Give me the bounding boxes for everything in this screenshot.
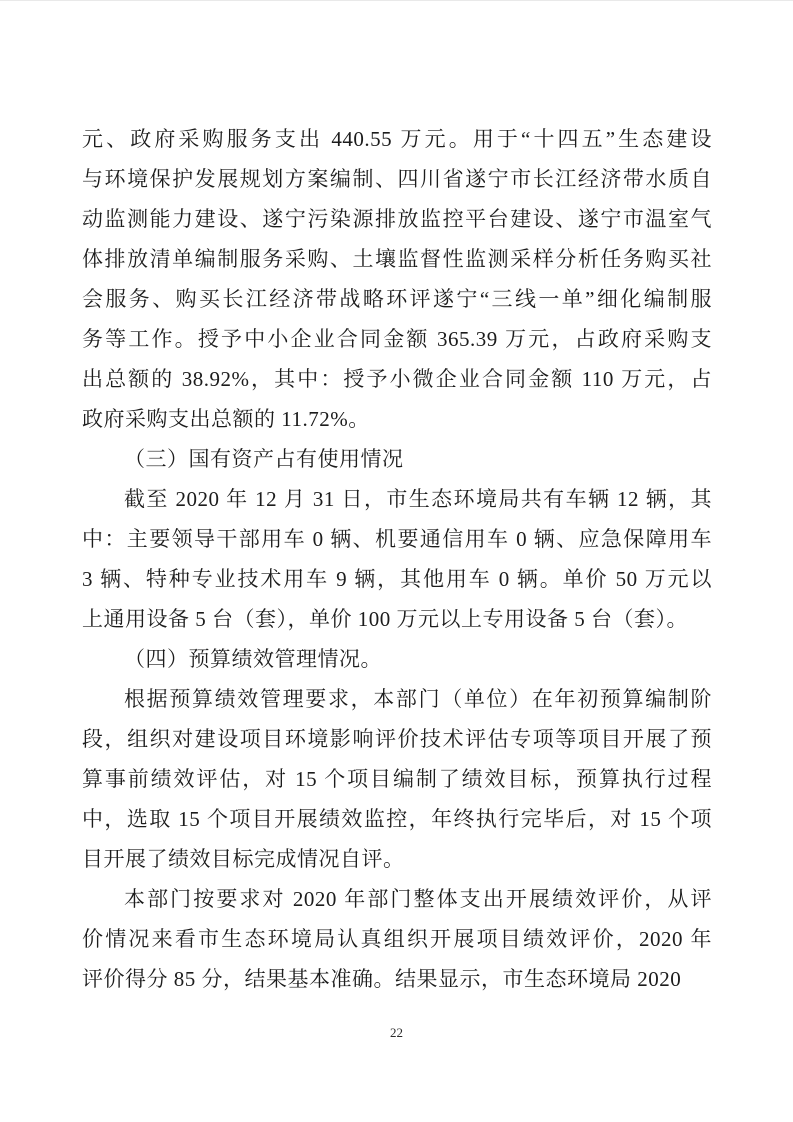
text-line: 中：主要领导干部用车 0 辆、机要通信用车 0 辆、应急保障用车 — [82, 519, 712, 559]
paragraph-block: 元、政府采购服务支出 440.55 万元。用于“十四五”生态建设与环境保护发展规… — [82, 119, 712, 439]
paragraph-block: 截至 2020 年 12 月 31 日，市生态环境局共有车辆 12 辆，其中：主… — [82, 479, 712, 639]
text-line: 目开展了绩效目标完成情况自评。 — [82, 839, 712, 879]
text-line: 会服务、购买长江经济带战略环评遂宁“三线一单”细化编制服 — [82, 279, 712, 319]
text-line: 动监测能力建设、遂宁污染源排放监控平台建设、遂宁市温室气 — [82, 199, 712, 239]
section-heading: （三）国有资产占有使用情况 — [82, 439, 712, 479]
page-number: 22 — [0, 1023, 793, 1043]
paragraph-block: 本部门按要求对 2020 年部门整体支出开展绩效评价，从评价情况来看市生态环境局… — [82, 879, 712, 999]
text-line: 截至 2020 年 12 月 31 日，市生态环境局共有车辆 12 辆，其 — [82, 479, 712, 519]
text-line: 3 辆、特种专业技术用车 9 辆，其他用车 0 辆。单价 50 万元以 — [82, 559, 712, 599]
text-line: 元、政府采购服务支出 440.55 万元。用于“十四五”生态建设 — [82, 119, 712, 159]
text-line: 评价得分 85 分，结果基本准确。结果显示，市生态环境局 2020 — [82, 959, 712, 999]
section-heading: （四）预算绩效管理情况。 — [82, 639, 712, 679]
document-page: 元、政府采购服务支出 440.55 万元。用于“十四五”生态建设与环境保护发展规… — [0, 0, 793, 1122]
text-line: 根据预算绩效管理要求，本部门（单位）在年初预算编制阶 — [82, 679, 712, 719]
document-body: 元、政府采购服务支出 440.55 万元。用于“十四五”生态建设与环境保护发展规… — [82, 119, 712, 999]
text-line: 体排放清单编制服务采购、土壤监督性监测采样分析任务购买社 — [82, 239, 712, 279]
text-line: 上通用设备 5 台（套），单价 100 万元以上专用设备 5 台（套）。 — [82, 599, 712, 639]
text-line: 价情况来看市生态环境局认真组织开展项目绩效评价，2020 年 — [82, 919, 712, 959]
text-line: 与环境保护发展规划方案编制、四川省遂宁市长江经济带水质自 — [82, 159, 712, 199]
text-line: 务等工作。授予中小企业合同金额 365.39 万元，占政府采购支 — [82, 319, 712, 359]
section-heading-block: （四）预算绩效管理情况。 — [82, 639, 712, 679]
text-line: 中，选取 15 个项目开展绩效监控，年终执行完毕后，对 15 个项 — [82, 799, 712, 839]
section-heading-block: （三）国有资产占有使用情况 — [82, 439, 712, 479]
text-line: 本部门按要求对 2020 年部门整体支出开展绩效评价，从评 — [82, 879, 712, 919]
text-line: 政府采购支出总额的 11.72%。 — [82, 399, 712, 439]
text-line: 算事前绩效评估，对 15 个项目编制了绩效目标，预算执行过程 — [82, 759, 712, 799]
text-line: 段，组织对建设项目环境影响评价技术评估专项等项目开展了预 — [82, 719, 712, 759]
text-line: 出总额的 38.92%，其中：授予小微企业合同金额 110 万元，占 — [82, 359, 712, 399]
paragraph-block: 根据预算绩效管理要求，本部门（单位）在年初预算编制阶段，组织对建设项目环境影响评… — [82, 679, 712, 879]
